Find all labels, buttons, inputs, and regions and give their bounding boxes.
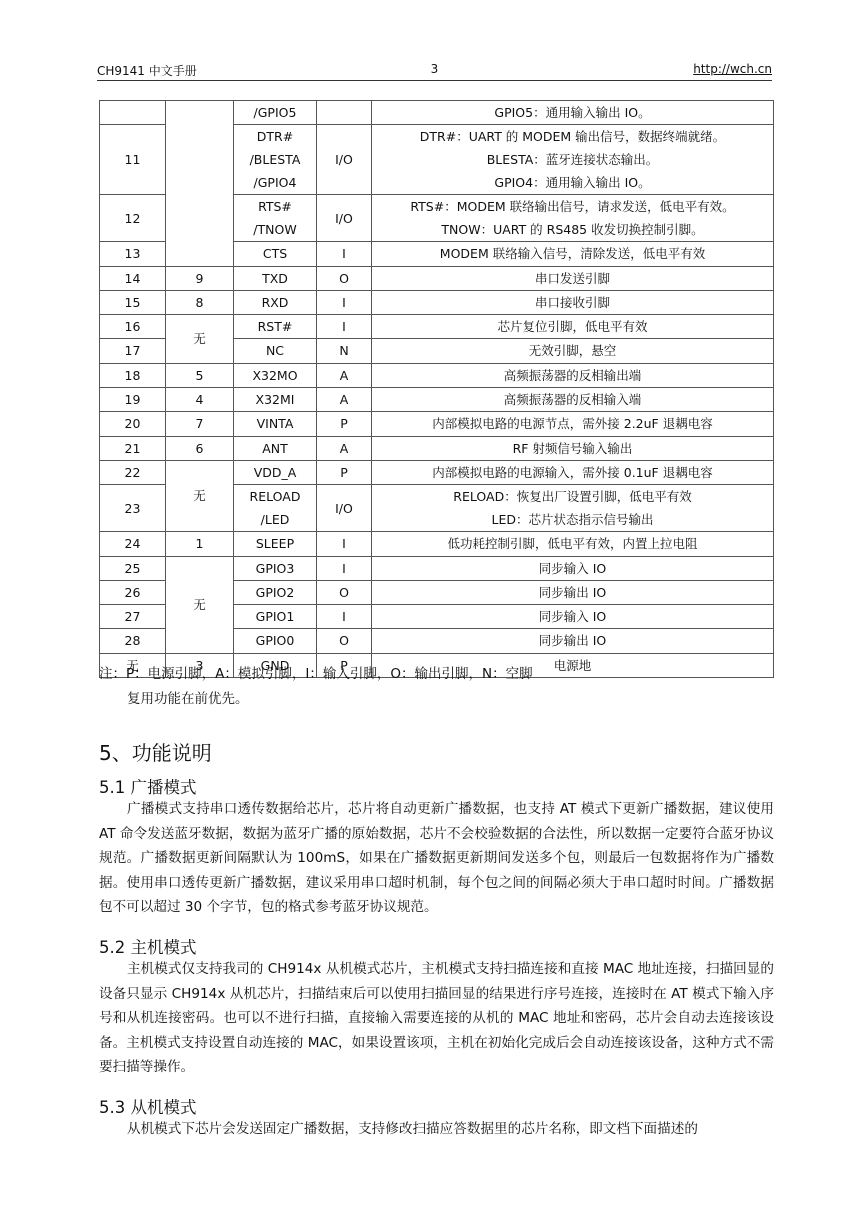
pin-name: GPIO0 [234,629,317,653]
table-row: 20 7 VINTA P 内部模拟电路的电源节点，需外接 2.2uF 退耦电容 [100,412,774,436]
pin-name: SLEEP [234,532,317,556]
pin-description: MODEM 联络输入信号，清除发送，低电平有效 [372,242,774,266]
pin-description: 同步输入 IO [372,556,774,580]
pin-type [317,101,372,125]
pin-type: O [317,266,372,290]
desc-line: GPIO4：通用输入输出 IO。 [374,171,771,194]
table-row: 24 1 SLEEP I 低功耗控制引脚，低电平有效，内置上拉电阻 [100,532,774,556]
pin-type: I [317,532,372,556]
section-title: 5、功能说明 [99,737,212,766]
note-priority: 复用功能在前优先。 [99,687,533,712]
pin-number-a: 23 [100,485,166,532]
pin-name-line: /TNOW [236,218,314,241]
pin-number-a: 11 [100,125,166,195]
note-legend: 注：P：电源引脚，A：模拟引脚，I：输入引脚，O：输出引脚，N：空脚 [99,662,533,687]
pin-name: GPIO2 [234,580,317,604]
pin-name: NC [234,339,317,363]
pin-number-a: 21 [100,436,166,460]
pin-number-a: 28 [100,629,166,653]
subsection-title-slave: 5.3 从机模式 [99,1094,197,1118]
subsection-title-master: 5.2 主机模式 [99,934,197,958]
pin-description: 低功耗控制引脚，低电平有效，内置上拉电阻 [372,532,774,556]
pin-type: I/O [317,485,372,532]
desc-line: LED：芯片状态指示信号输出 [374,508,771,531]
table-row: 18 5 X32MO A 高频振荡器的反相输出端 [100,363,774,387]
pin-description: RTS#：MODEM 联络输出信号，请求发送，低电平有效。 TNOW：UART … [372,195,774,242]
pin-description: 内部模拟电路的电源输入，需外接 0.1uF 退耦电容 [372,460,774,484]
table-row: 22 无 VDD_A P 内部模拟电路的电源输入，需外接 0.1uF 退耦电容 [100,460,774,484]
pin-description: 同步输出 IO [372,629,774,653]
pin-type: A [317,363,372,387]
pin-name-line: /LED [236,508,314,531]
pin-type: A [317,388,372,412]
pin-number-b: 无 [166,315,234,364]
pin-type: I/O [317,125,372,195]
pin-number-b: 无 [166,460,234,531]
pin-name: VINTA [234,412,317,436]
pin-description: 内部模拟电路的电源节点，需外接 2.2uF 退耦电容 [372,412,774,436]
paragraph-master: 主机模式仅支持我司的 CH914x 从机模式芯片，主机模式支持扫描连接和直接 M… [99,957,774,1080]
pin-number-a: 22 [100,460,166,484]
pin-type: A [317,436,372,460]
pin-name-line: DTR# [236,125,314,148]
pin-number-b [166,101,234,267]
pin-number-b: 9 [166,266,234,290]
pin-number-a: 12 [100,195,166,242]
pin-description: 串口发送引脚 [372,266,774,290]
pin-description: 高频振荡器的反相输出端 [372,363,774,387]
pin-name-line: /GPIO4 [236,171,314,194]
pin-name: RTS# /TNOW [234,195,317,242]
pin-name: X32MO [234,363,317,387]
pin-description: 无效引脚，悬空 [372,339,774,363]
pin-number-a: 26 [100,580,166,604]
pin-description: RELOAD：恢复出厂设置引脚，低电平有效 LED：芯片状态指示信号输出 [372,485,774,532]
desc-line: RELOAD：恢复出厂设置引脚，低电平有效 [374,485,771,508]
table-row: 21 6 ANT A RF 射频信号输入输出 [100,436,774,460]
pin-name-line: RTS# [236,195,314,218]
pin-number-b: 无 [166,556,234,653]
pin-type: I [317,556,372,580]
pin-definition-table: /GPIO5 GPIO5：通用输入输出 IO。 11 DTR# /BLESTA … [99,100,774,678]
pin-type: I [317,605,372,629]
pin-type: P [317,460,372,484]
pin-number-a: 20 [100,412,166,436]
pin-number-a: 25 [100,556,166,580]
pin-name: X32MI [234,388,317,412]
table-row: 25 无 GPIO3 I 同步输入 IO [100,556,774,580]
pin-name: RXD [234,290,317,314]
table-notes: 注：P：电源引脚，A：模拟引脚，I：输入引脚，O：输出引脚，N：空脚 复用功能在… [99,662,533,712]
pin-description: 同步输出 IO [372,580,774,604]
pin-name: GPIO3 [234,556,317,580]
pin-number-a: 19 [100,388,166,412]
subsection-title-broadcast: 5.1 广播模式 [99,774,197,798]
pin-number-b: 8 [166,290,234,314]
pin-name-line: RELOAD [236,485,314,508]
pin-name: RELOAD /LED [234,485,317,532]
pin-description: RF 射频信号输入输出 [372,436,774,460]
pin-description: 芯片复位引脚，低电平有效 [372,315,774,339]
pin-number-a: 18 [100,363,166,387]
pin-description: 高频振荡器的反相输入端 [372,388,774,412]
table-row: /GPIO5 GPIO5：通用输入输出 IO。 [100,101,774,125]
pin-description: 同步输入 IO [372,605,774,629]
pin-type: N [317,339,372,363]
pin-number-b: 6 [166,436,234,460]
pin-number-a: 17 [100,339,166,363]
pin-description: 串口接收引脚 [372,290,774,314]
pin-number-b: 4 [166,388,234,412]
pin-description: GPIO5：通用输入输出 IO。 [372,101,774,125]
pin-number-a [100,101,166,125]
table-row: 16 无 RST# I 芯片复位引脚，低电平有效 [100,315,774,339]
pin-number-b: 7 [166,412,234,436]
pin-number-a: 14 [100,266,166,290]
table-row: 19 4 X32MI A 高频振荡器的反相输入端 [100,388,774,412]
table-row: 14 9 TXD O 串口发送引脚 [100,266,774,290]
pin-type: O [317,629,372,653]
pin-type: I [317,290,372,314]
pin-name: GPIO1 [234,605,317,629]
paragraph-slave: 从机模式下芯片会发送固定广播数据，支持修改扫描应答数据里的芯片名称，即文档下面描… [99,1117,774,1142]
desc-line: DTR#：UART 的 MODEM 输出信号，数据终端就绪。 [374,125,771,148]
desc-line: RTS#：MODEM 联络输出信号，请求发送，低电平有效。 [374,195,771,218]
pin-number-a: 15 [100,290,166,314]
pin-name: TXD [234,266,317,290]
paragraph-broadcast: 广播模式支持串口透传数据给芯片，芯片将自动更新广播数据，也支持 AT 模式下更新… [99,797,774,920]
pin-name: RST# [234,315,317,339]
pin-type: O [317,580,372,604]
pin-description: DTR#：UART 的 MODEM 输出信号，数据终端就绪。 BLESTA：蓝牙… [372,125,774,195]
pin-type: I [317,315,372,339]
page-number: 3 [97,62,772,76]
pin-number-b: 1 [166,532,234,556]
pin-name: CTS [234,242,317,266]
table-row: 15 8 RXD I 串口接收引脚 [100,290,774,314]
pin-type: P [317,412,372,436]
pin-number-a: 16 [100,315,166,339]
page-header: CH9141 中文手册 3 http://wch.cn [97,60,772,81]
desc-line: BLESTA：蓝牙连接状态输出。 [374,148,771,171]
pin-name: DTR# /BLESTA /GPIO4 [234,125,317,195]
pin-name-line: /BLESTA [236,148,314,171]
pin-number-b: 5 [166,363,234,387]
pin-number-a: 27 [100,605,166,629]
pin-name: /GPIO5 [234,101,317,125]
pin-type: I/O [317,195,372,242]
pin-name: ANT [234,436,317,460]
pin-name: VDD_A [234,460,317,484]
pin-number-a: 24 [100,532,166,556]
website-link[interactable]: http://wch.cn [693,62,772,76]
desc-line: TNOW：UART 的 RS485 收发切换控制引脚。 [374,218,771,241]
pin-number-a: 13 [100,242,166,266]
pin-type: I [317,242,372,266]
